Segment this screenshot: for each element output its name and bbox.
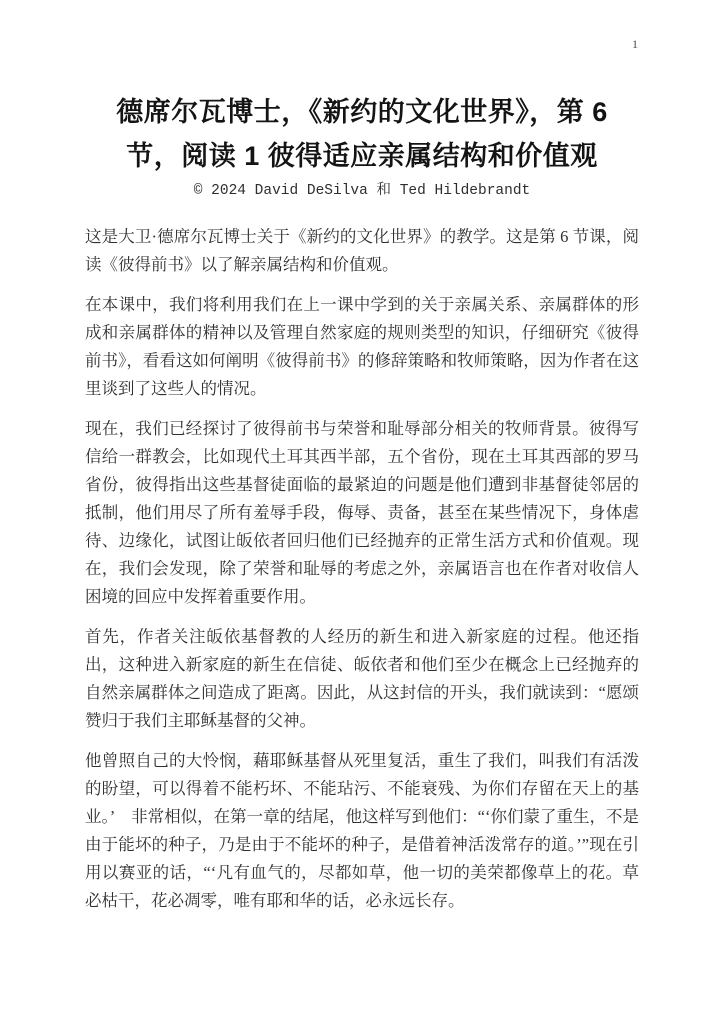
paragraph: 首先，作者关注皈依基督教的人经历的新生和进入新家庭的过程。他还指出，这种进入新家… xyxy=(85,623,639,735)
paragraph: 现在，我们已经探讨了彼得前书与荣誉和耻辱部分相关的牧师背景。彼得写信给一群教会，… xyxy=(85,415,639,611)
document-title: 德席尔瓦博士，《新约的文化世界》，第 6 节，阅读 1 彼得适应亲属结构和价值观 xyxy=(94,0,630,178)
paragraph: 在本课中，我们将利用我们在上一课中学到的关于亲属关系、亲属群体的形成和亲属群体的… xyxy=(85,291,639,403)
document-page: 1 德席尔瓦博士，《新约的文化世界》，第 6 节，阅读 1 彼得适应亲属结构和价… xyxy=(0,0,724,1024)
copyright-line: © 2024 David DeSilva 和 Ted Hildebrandt xyxy=(0,181,724,201)
paragraph: 他曾照自己的大怜悯，藉耶稣基督从死里复活，重生了我们，叫我们有活泼的盼望，可以得… xyxy=(85,747,639,915)
paragraph: 这是大卫·德席尔瓦博士关于《新约的文化世界》的教学。这是第 6 节课，阅读《彼得… xyxy=(85,223,639,279)
document-body: 这是大卫·德席尔瓦博士关于《新约的文化世界》的教学。这是第 6 节课，阅读《彼得… xyxy=(85,223,639,915)
page-number: 1 xyxy=(632,37,638,51)
